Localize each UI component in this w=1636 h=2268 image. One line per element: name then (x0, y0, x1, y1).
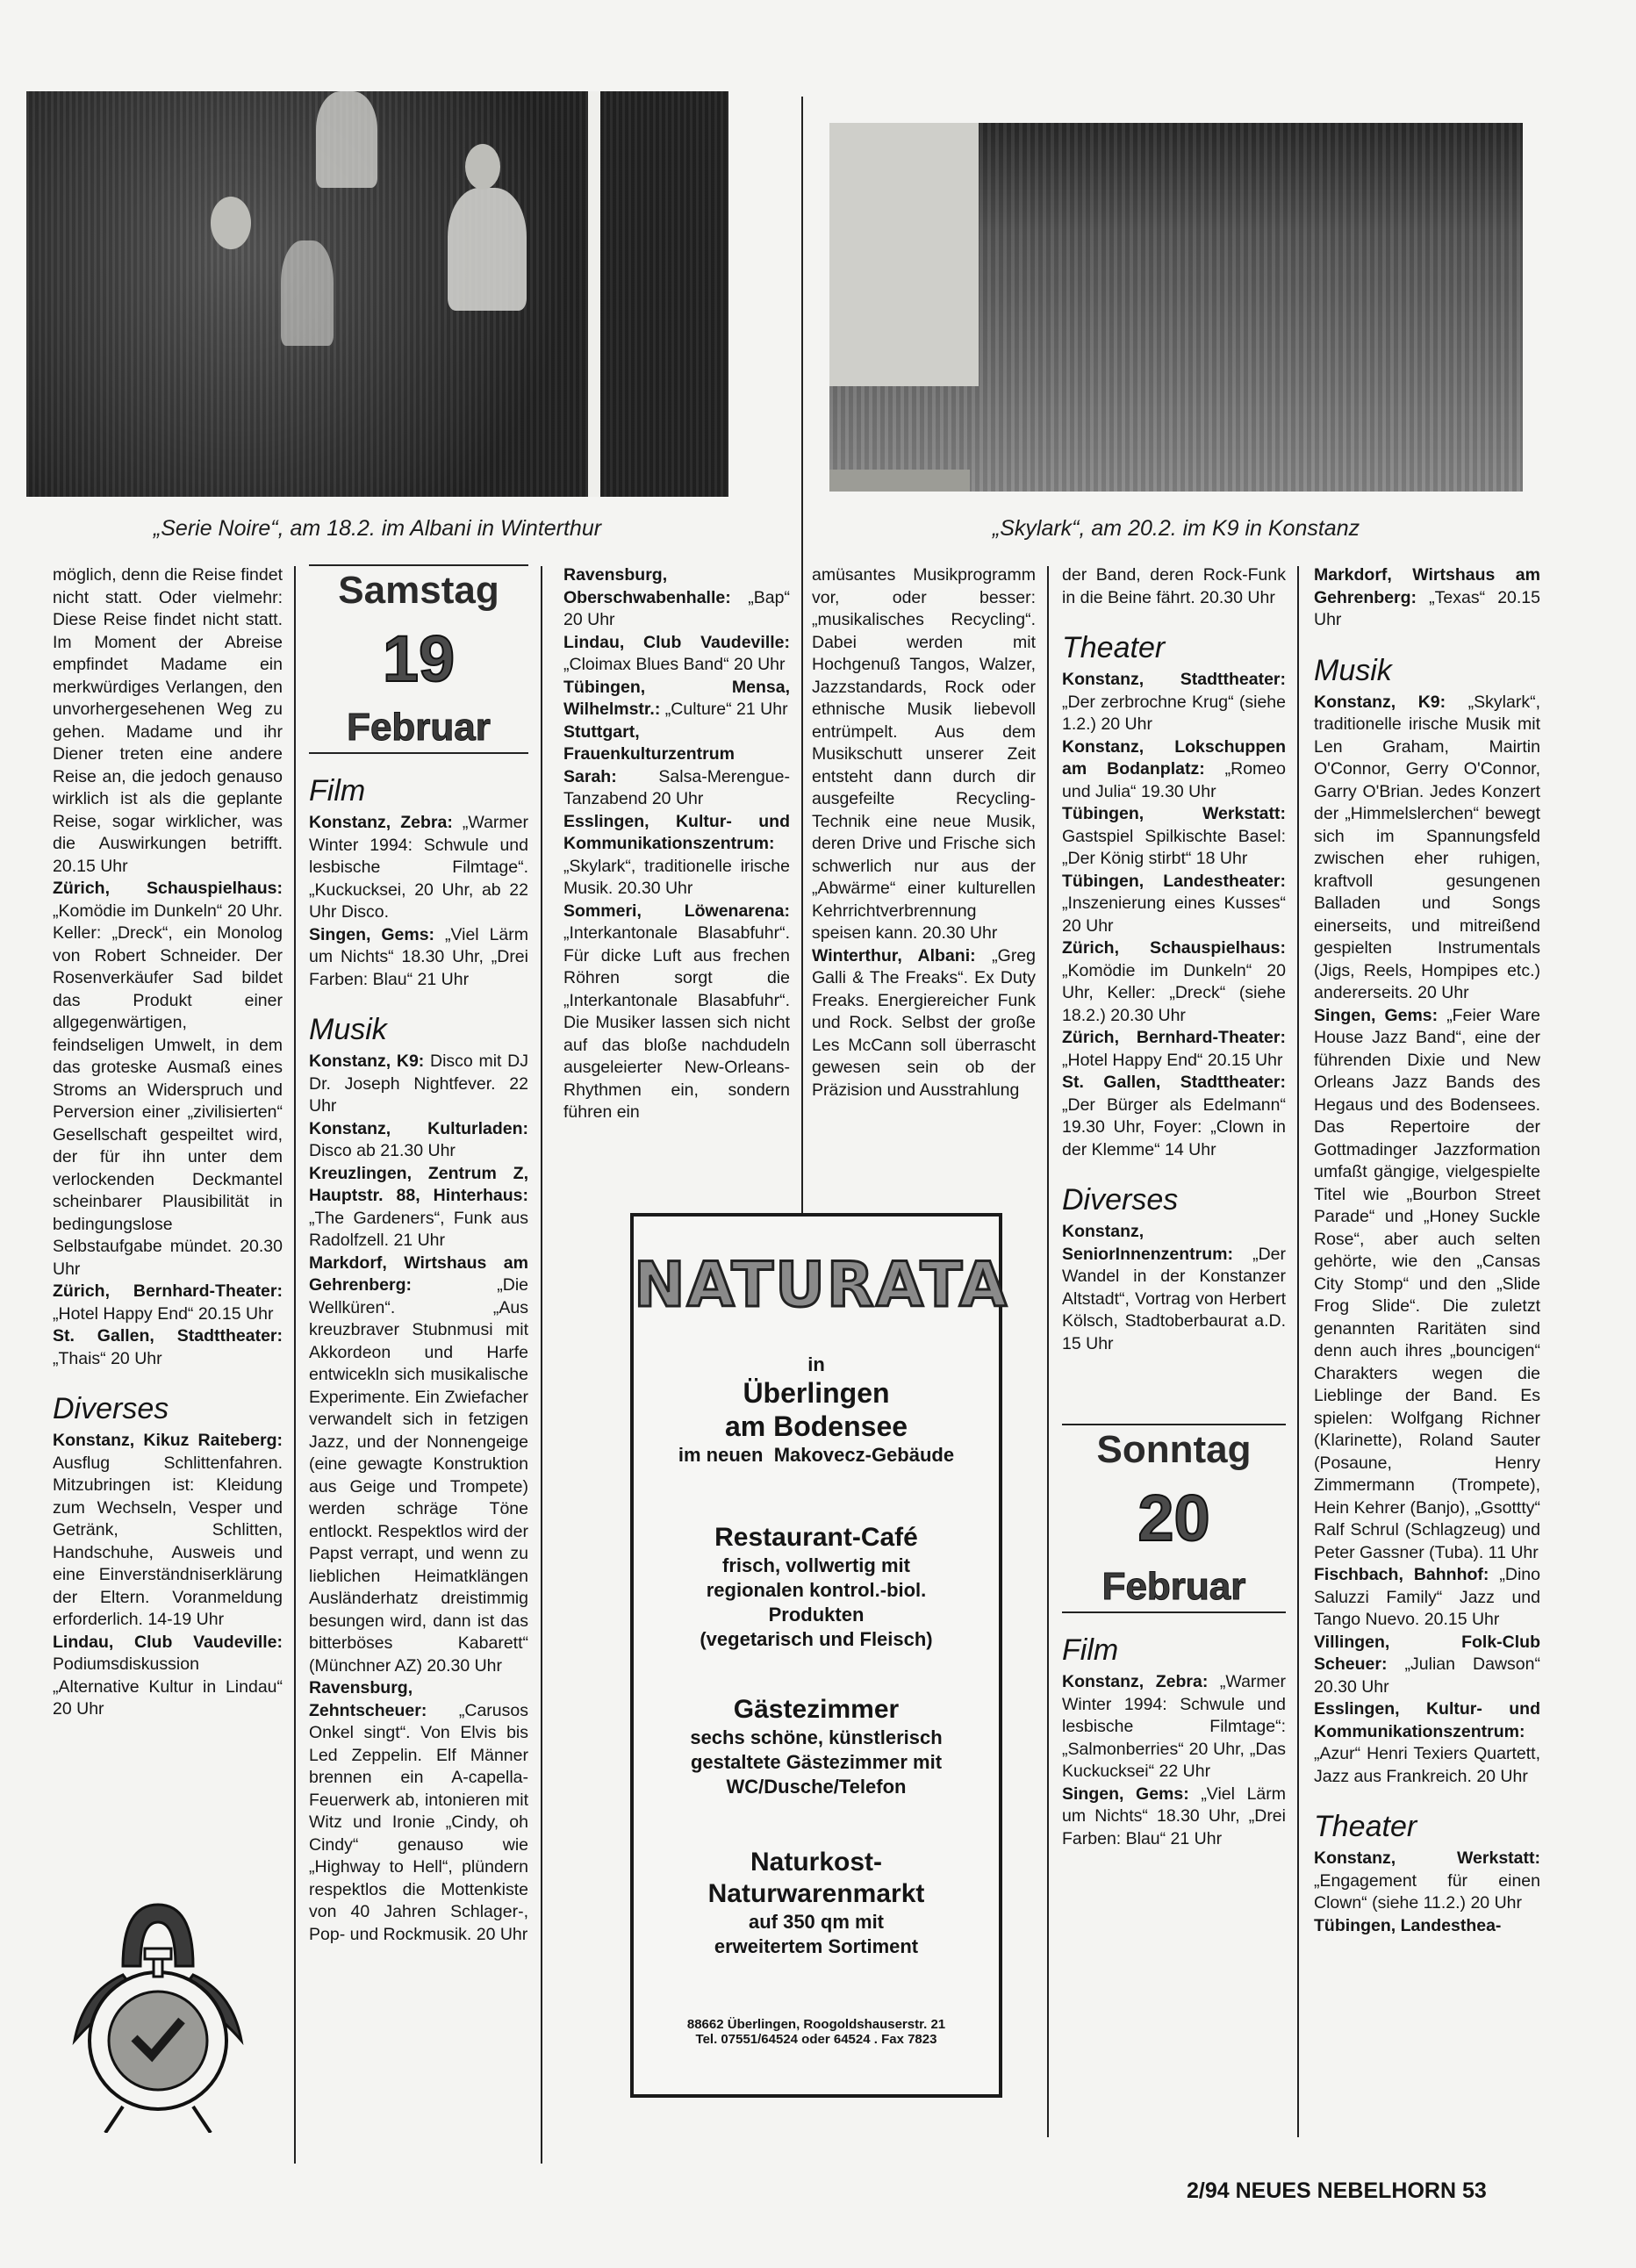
event-text: „Cloimax Blues Band“ 20 Uhr (563, 655, 786, 674)
event-text: „Feier Ware House Jazz Band“, eine der f… (1314, 1006, 1540, 1562)
event-entry: Sommeri, Löwenarena: „Interkantonale Bla… (563, 901, 790, 1124)
event-entry: Tübingen, Werkstatt: Gastspiel Spilkisch… (1062, 803, 1286, 871)
event-venue: Konstanz, Zebra: (309, 813, 453, 832)
ad-building: im neuen Makovecz-Gebäude (634, 1443, 999, 1468)
event-text: „Hotel Happy End“ 20.15 Uhr (1062, 1051, 1282, 1070)
event-venue: Esslingen, Kultur- und Kommunikationszen… (1314, 1699, 1540, 1741)
event-entry: Markdorf, Wirtshaus am Gehrenberg: „Die … (309, 1252, 528, 1678)
ad-text: erweitertem Sortiment (634, 1934, 999, 1959)
day-weekday: Samstag (309, 566, 528, 615)
event-venue: Tübingen, Werkstatt: (1062, 804, 1286, 823)
event-text: „Hotel Happy End“ 20.15 Uhr (53, 1304, 273, 1324)
event-venue: Konstanz, Zebra: (1062, 1672, 1208, 1691)
page-footer: 2/94 NEUES NEBELHORN 53 (1187, 2178, 1487, 2204)
event-entry: Fischbach, Bahnhof: „Dino Saluzzi Family… (1314, 1564, 1540, 1632)
photo-caption: „Serie Noire“, am 18.2. im Albani in Win… (26, 516, 728, 542)
event-venue: Esslingen, Kultur- und Kommunikationszen… (563, 812, 790, 854)
event-text: „Thais“ 20 Uhr (53, 1349, 162, 1368)
event-text: Gastspiel Spilkischte Basel: „Der König … (1062, 827, 1286, 869)
day-rule (1062, 1611, 1286, 1613)
event-venue: Tübingen, Landesthea- (1314, 1916, 1501, 1935)
event-venue: Konstanz, K9: (309, 1051, 424, 1071)
event-text: „Inszenierung eines Kusses“ 20 Uhr (1062, 894, 1286, 936)
event-entry: Zürich, Schauspielhaus: „Komödie im Dunk… (1062, 937, 1286, 1027)
event-venue: Zürich, Bernhard-Theater: (1062, 1028, 1286, 1047)
ad-market-title: Naturkost- (634, 1847, 999, 1878)
ad-text: (vegetarisch und Fleisch) (634, 1627, 999, 1652)
event-text: Disco ab 21.30 Uhr (309, 1141, 456, 1160)
ad-text: auf 350 qm mit (634, 1910, 999, 1934)
column-divider (1297, 566, 1299, 2137)
event-text: „Komödie im Dunkeln“ 20 Uhr. Keller: „Dr… (53, 901, 283, 1279)
day-number: 19 (309, 615, 528, 703)
alarm-clock-check-icon (57, 1887, 259, 2133)
ad-text: in (634, 1353, 999, 1376)
section-heading-diverses: Diverses (53, 1391, 283, 1426)
event-text: „Carusos Onkel singt“. Von Elvis bis Led… (309, 1701, 528, 1944)
event-entry: St. Gallen, Stadttheater: „Thais“ 20 Uhr (53, 1325, 283, 1370)
event-venue: Lindau, Club Vaudeville: (53, 1633, 283, 1652)
day-rule (309, 564, 528, 566)
event-entry: Konstanz, Kikuz Raiteberg: Ausflug Schli… (53, 1430, 283, 1632)
event-text: „Engagement für einen Clown“ (siehe 11.2… (1314, 1871, 1540, 1913)
event-entry: Konstanz, Zebra: „Warmer Winter 1994: Sc… (309, 812, 528, 924)
event-text: „Der Bürger als Edelmann“ 19.30 Uhr, Foy… (1062, 1095, 1286, 1159)
day-rule (1062, 1424, 1286, 1425)
event-venue: St. Gallen, Stadttheater: (53, 1326, 283, 1346)
event-text: Podiumsdiskussion „Alternative Kultur in… (53, 1654, 283, 1719)
event-entry: Markdorf, Wirtshaus am Gehrenberg: „Texa… (1314, 564, 1540, 632)
column-6: Markdorf, Wirtshaus am Gehrenberg: „Texa… (1314, 564, 1540, 1937)
day-header-sonntag: Sonntag 20 Februar (1062, 1425, 1286, 1611)
event-venue: Singen, Gems: (1314, 1006, 1438, 1025)
section-heading-musik: Musik (1314, 653, 1540, 688)
event-text: „Der zerbrochne Krug“ (siehe 1.2.) 20 Uh… (1062, 693, 1286, 735)
ad-lake: am Bodensee (634, 1410, 999, 1443)
column-3: Ravensburg, Oberschwabenhalle: „Bap“ 20 … (563, 564, 790, 1124)
event-venue: Konstanz, Stadttheater: (1062, 670, 1286, 689)
section-heading-diverses: Diverses (1062, 1182, 1286, 1217)
event-text: Ausflug Schlittenfahren. Mitzubringen is… (53, 1453, 283, 1630)
event-entry: Stuttgart, Frauenkulturzentrum Sarah: Sa… (563, 721, 790, 811)
event-entry: Winterthur, Albani: „Greg Galli & The Fr… (812, 945, 1036, 1102)
photo-serie-noire (26, 91, 728, 497)
event-venue: Fischbach, Bahnhof: (1314, 1565, 1489, 1584)
event-entry: Lindau, Club Vaudeville: „Cloimax Blues … (563, 632, 790, 677)
day-month: Februar (309, 703, 528, 752)
event-entry: Singen, Gems: „Viel Lärm um Nichts“ 18.3… (309, 924, 528, 992)
event-venue: Tübingen, Landestheater: (1062, 872, 1286, 891)
event-text: „Die Wellküren“. „Aus kreuzbraver Stubnm… (309, 1275, 528, 1676)
ad-restaurant-title: Restaurant-Café (634, 1522, 999, 1554)
event-entry: Konstanz, K9: „Skylark“, traditionelle i… (1314, 692, 1540, 1005)
event-venue: Winterthur, Albani: (812, 946, 976, 965)
event-venue: Ravensburg, Zehntscheuer: (309, 1678, 427, 1720)
event-venue: Kreuzlingen, Zentrum Z, Hauptstr. 88, Hi… (309, 1164, 528, 1206)
event-venue: Konstanz, Kulturladen: (309, 1119, 528, 1138)
event-entry: Tübingen, Landesthea- (1314, 1915, 1540, 1938)
event-entry: Konstanz, Stadttheater: „Der zerbrochne … (1062, 669, 1286, 736)
section-heading-film: Film (309, 773, 528, 808)
event-text: „Greg Galli & The Freaks“. Ex Duty Freak… (812, 946, 1036, 1100)
event-venue: Ravensburg, Oberschwabenhalle: (563, 565, 731, 607)
article-text: möglich, denn die Reise findet nicht sta… (53, 564, 283, 878)
event-entry: Ravensburg, Zehntscheuer: „Carusos Onkel… (309, 1677, 528, 1946)
column-divider (294, 566, 296, 2164)
event-entry: Ravensburg, Oberschwabenhalle: „Bap“ 20 … (563, 564, 790, 632)
event-venue: Lindau, Club Vaudeville: (563, 633, 790, 652)
event-venue: Konstanz, Kikuz Raiteberg: (53, 1431, 283, 1450)
ad-text: frisch, vollwertig mit (634, 1554, 999, 1578)
photo-skylark (829, 123, 1523, 492)
day-rule (309, 752, 528, 754)
event-text: „Azur“ Henri Texiers Quartett, Jazz aus … (1314, 1744, 1540, 1786)
event-entry: Konstanz, SeniorInnenzentrum: „Der Wande… (1062, 1221, 1286, 1355)
event-venue: Zürich, Schauspielhaus: (1062, 938, 1286, 958)
event-entry: Lindau, Club Vaudeville: Podiumsdiskussi… (53, 1632, 283, 1721)
ad-text: gestaltete Gästezimmer mit (634, 1750, 999, 1775)
ad-text: WC/Dusche/Telefon (634, 1775, 999, 1799)
column-5: der Band, deren Rock-Funk in die Beine f… (1062, 564, 1286, 1850)
day-month: Februar (1062, 1562, 1286, 1611)
event-entry: Konstanz, Zebra: „Warmer Winter 1994: Sc… (1062, 1671, 1286, 1784)
event-venue: Singen, Gems: (1062, 1784, 1189, 1804)
ad-text: sechs schöne, künstlerisch (634, 1726, 999, 1750)
event-venue: Singen, Gems: (309, 925, 434, 944)
day-number: 20 (1062, 1475, 1286, 1562)
column-divider (1047, 566, 1049, 2137)
event-entry: Esslingen, Kultur- und Kommunikationszen… (1314, 1698, 1540, 1788)
column-divider (541, 566, 542, 2164)
event-entry: Zürich, Schauspielhaus: „Komödie im Dunk… (53, 878, 283, 1281)
event-entry: Singen, Gems: „Feier Ware House Jazz Ban… (1314, 1005, 1540, 1565)
event-entry: Tübingen, Mensa, Wilhelmstr.: „Culture“ … (563, 677, 790, 721)
column-1: möglich, denn die Reise findet nicht sta… (53, 564, 283, 1721)
event-entry: Villingen, Folk-Club Scheuer: „Julian Da… (1314, 1632, 1540, 1699)
event-text: „Skylark“, traditionelle irische Musik m… (1314, 693, 1540, 1003)
section-heading-film: Film (1062, 1633, 1286, 1668)
event-text: „Komödie im Dunkeln“ 20 Uhr, Keller: „Dr… (1062, 961, 1286, 1025)
event-venue: Zürich, Schauspielhaus: (53, 879, 283, 898)
section-heading-musik: Musik (309, 1012, 528, 1047)
day-weekday: Sonntag (1062, 1425, 1286, 1475)
section-heading-theater: Theater (1062, 630, 1286, 665)
event-venue: Zürich, Bernhard-Theater: (53, 1281, 283, 1301)
event-entry: Esslingen, Kultur- und Kommunikationszen… (563, 811, 790, 901)
ad-text: Produkten (634, 1603, 999, 1627)
column-4: amüsantes Musikprogramm vor, oder besser… (812, 564, 1036, 1102)
event-venue: Konstanz, K9: (1314, 693, 1446, 712)
event-entry: Zürich, Bernhard-Theater: „Hotel Happy E… (1062, 1027, 1286, 1072)
event-text: „Skylark“, traditionelle irische Musik. … (563, 857, 790, 899)
event-text: „Culture“ 21 Uhr (660, 700, 787, 719)
naturata-advertisement: NATURATA in Überlingen am Bodensee im ne… (630, 1213, 1002, 2098)
event-venue: Sommeri, Löwenarena: (563, 901, 790, 921)
event-entry: Singen, Gems: „Viel Lärm um Nichts“ 18.3… (1062, 1784, 1286, 1851)
ad-rooms-title: Gästezimmer (634, 1694, 999, 1726)
event-venue: St. Gallen, Stadttheater: (1062, 1073, 1286, 1092)
ad-market-title: Naturwarenmarkt (634, 1878, 999, 1910)
event-venue: Konstanz, SeniorInnenzentrum: (1062, 1222, 1233, 1264)
ad-text: regionalen kontrol.-biol. (634, 1578, 999, 1603)
event-entry: Kreuzlingen, Zentrum Z, Hauptstr. 88, Hi… (309, 1163, 528, 1252)
ad-address: 88662 Überlingen, Roogoldshauserstr. 21 (634, 2017, 999, 2032)
event-text: „Interkantonale Blasabfuhr“. Für dicke L… (563, 923, 790, 1122)
event-entry: St. Gallen, Stadttheater: „Der Bürger al… (1062, 1072, 1286, 1161)
event-venue: Konstanz, Werkstatt: (1314, 1848, 1540, 1868)
event-text: „The Gardeners“, Funk aus Radolfzell. 21… (309, 1209, 528, 1251)
ad-city: Überlingen (634, 1376, 999, 1410)
article-text: der Band, deren Rock-Funk in die Beine f… (1062, 564, 1286, 609)
event-entry: Konstanz, Lokschuppen am Bodanplatz: „Ro… (1062, 736, 1286, 804)
section-heading-theater: Theater (1314, 1809, 1540, 1844)
event-entry: Tübingen, Landestheater: „Inszenierung e… (1062, 871, 1286, 938)
column-2: Samstag 19 Februar Film Konstanz, Zebra:… (309, 564, 528, 1946)
event-entry: Konstanz, Kulturladen: Disco ab 21.30 Uh… (309, 1118, 528, 1163)
event-entry: Zürich, Bernhard-Theater: „Hotel Happy E… (53, 1281, 283, 1325)
day-header-samstag: Samstag 19 Februar (309, 566, 528, 752)
event-entry: Konstanz, Werkstatt: „Engagement für ein… (1314, 1848, 1540, 1915)
ad-phone: Tel. 07551/64524 oder 64524 . Fax 7823 (634, 2032, 999, 2047)
naturata-logo: NATURATA (634, 1250, 999, 1320)
event-entry: Konstanz, K9: Disco mit DJ Dr. Joseph Ni… (309, 1051, 528, 1118)
photo-caption: „Skylark“, am 20.2. im K9 in Konstanz (829, 516, 1523, 542)
article-text: amüsantes Musikprogramm vor, oder besser… (812, 564, 1036, 945)
